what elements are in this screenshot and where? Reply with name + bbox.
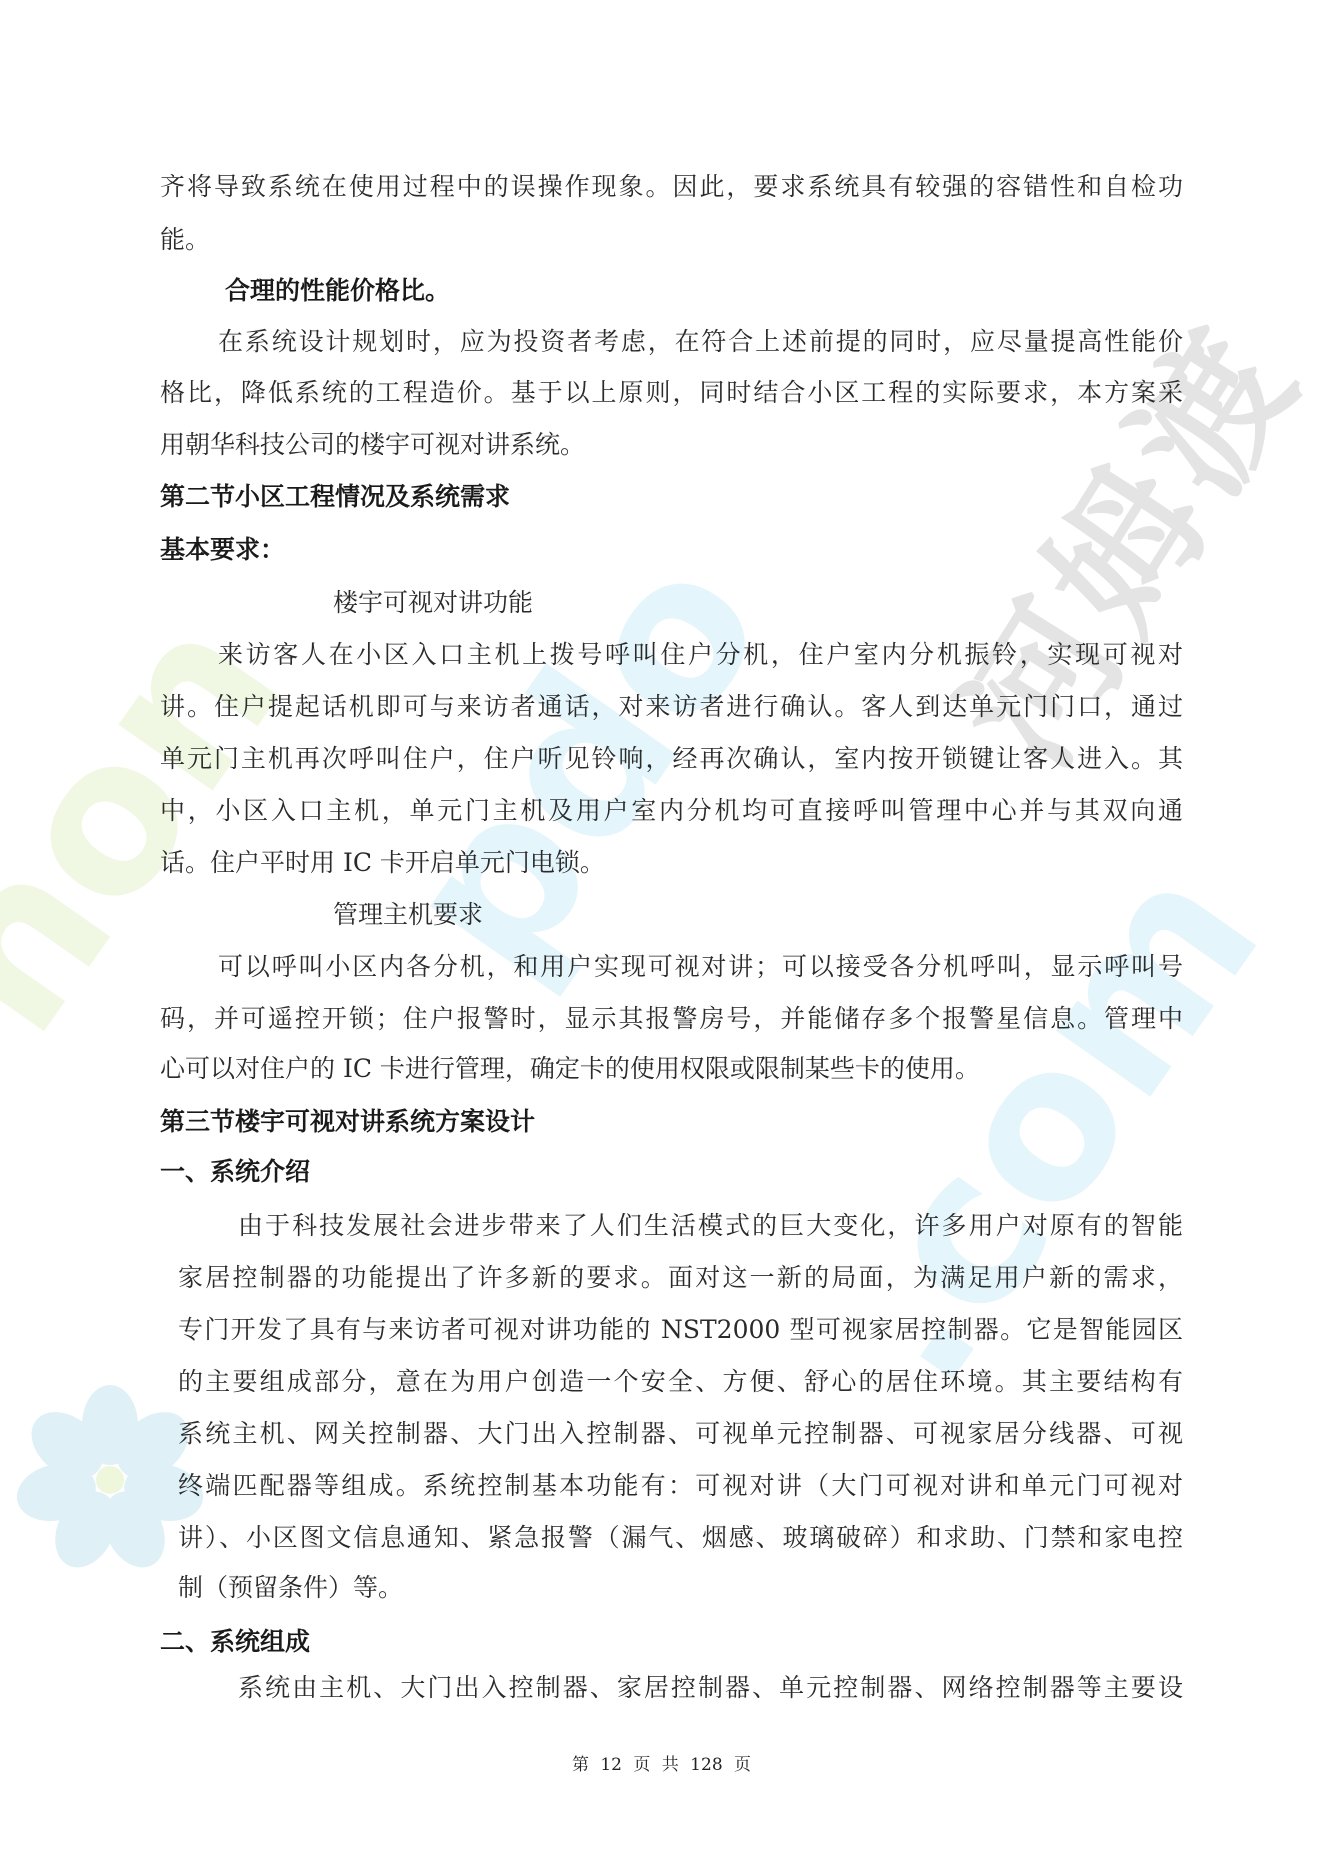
paragraph-line: 码，并可遥控开锁；住户报警时，显示其报警房号，并能储存多个报警星信息。管理中 xyxy=(160,1004,1183,1034)
paragraph-line: 在系统设计规划时，应为投资者考虑，在符合上述前提的同时，应尽量提高性能价 xyxy=(218,327,1183,357)
paragraph-line: 系统由主机、大门出入控制器、家居控制器、单元控制器、网络控制器等主要设 xyxy=(238,1673,1183,1703)
paragraph-line: 家居控制器的功能提出了许多新的要求。面对这一新的局面，为满足用户新的需求， xyxy=(178,1263,1183,1293)
paragraph-line: 齐将导致系统在使用过程中的误操作现象。因此，要求系统具有较强的容错性和自检功 xyxy=(160,172,1183,202)
section-heading-2: 第二节小区工程情况及系统需求 xyxy=(160,482,510,512)
paragraph-line: 终端匹配器等组成。系统控制基本功能有：可视对讲（大门可视对讲和单元门可视对 xyxy=(178,1471,1183,1501)
paragraph-line: 格比，降低系统的工程造价。基于以上原则，同时结合小区工程的实际要求，本方案采 xyxy=(160,378,1183,408)
paragraph-line: 专门开发了具有与来访者可视对讲功能的 NST2000 型可视家居控制器。它是智能… xyxy=(178,1315,1183,1345)
paragraph-line: 中，小区入口主机，单元门主机及用户室内分机均可直接呼叫管理中心并与其双向通 xyxy=(160,796,1183,826)
paragraph-line: 讲）、小区图文信息通知、紧急报警（漏气、烟感、玻璃破碎）和求助、门禁和家电控 xyxy=(178,1523,1183,1553)
subheading-management-host: 管理主机要求 xyxy=(333,900,483,930)
heading-basic-requirements: 基本要求： xyxy=(160,535,285,565)
heading-system-composition: 二、系统组成 xyxy=(160,1627,310,1657)
paragraph-line: 可以呼叫小区内各分机，和用户实现可视对讲；可以接受各分机呼叫，显示呼叫号 xyxy=(218,952,1183,982)
paragraph-line: 制（预留条件）等。 xyxy=(178,1573,403,1603)
paragraph-line: 用朝华科技公司的楼宇可视对讲系统。 xyxy=(160,430,585,460)
paragraph-line: 心可以对住户的 IC 卡进行管理，确定卡的使用权限或限制某些卡的使用。 xyxy=(160,1054,980,1084)
paragraph-line: 单元门主机再次呼叫住户，住户听见铃响，经再次确认，室内按开锁键让客人进入。其 xyxy=(160,744,1183,774)
paragraph-line: 的主要组成部分，意在为用户创造一个安全、方便、舒心的居住环境。其主要结构有 xyxy=(178,1367,1183,1397)
subheading-intercom-function: 楼宇可视对讲功能 xyxy=(333,588,533,618)
subheading-cost-performance: 合理的性能价格比。 xyxy=(225,276,450,306)
section-heading-3: 第三节楼宇可视对讲系统方案设计 xyxy=(160,1107,535,1137)
paragraph-line: 由于科技发展社会进步带来了人们生活模式的巨大变化，许多用户对原有的智能 xyxy=(238,1211,1183,1241)
paragraph-line: 来访客人在小区入口主机上拨号呼叫住户分机，住户室内分机振铃，实现可视对 xyxy=(218,640,1183,670)
paragraph-line: 讲。住户提起话机即可与来访者通话，对来访者进行确认。客人到达单元门门口，通过 xyxy=(160,692,1183,722)
heading-system-intro: 一、系统介绍 xyxy=(160,1157,310,1187)
paragraph-line: 能。 xyxy=(160,225,210,255)
paragraph-line: 系统主机、网关控制器、大门出入控制器、可视单元控制器、可视家居分线器、可视 xyxy=(178,1419,1183,1449)
paragraph-line: 话。住户平时用 IC 卡开启单元门电锁。 xyxy=(160,848,605,878)
page-footer: 第 12 页 共 128 页 xyxy=(0,1750,1323,1775)
